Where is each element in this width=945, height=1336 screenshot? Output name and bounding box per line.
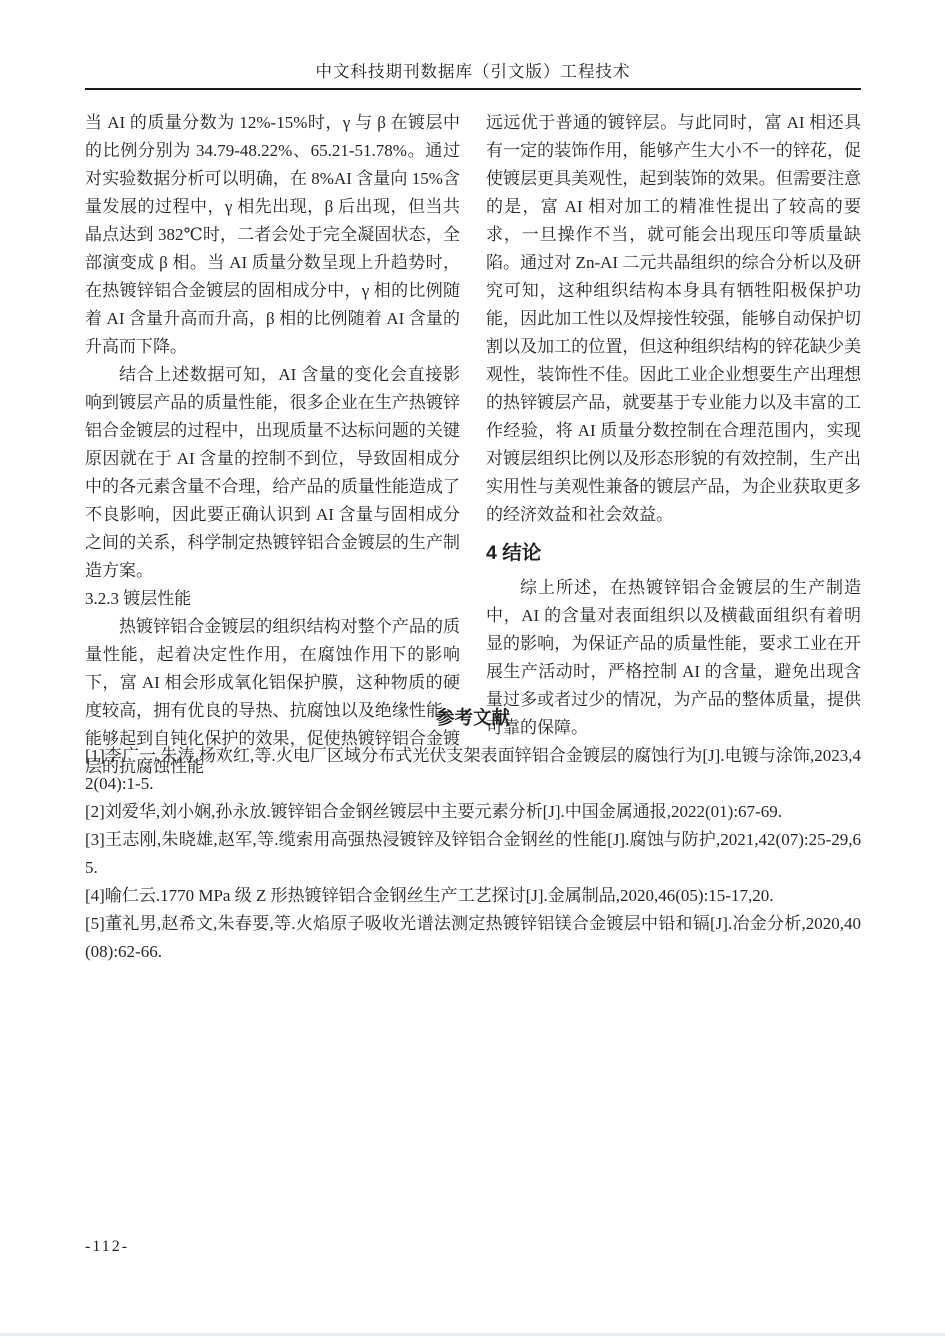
body-paragraph: 当 AI 的质量分数为 12%-15%时，γ 与 β 在镀层中的比例分别为 34… [85, 109, 460, 361]
references-section: 参考文献 [1]李广一,朱涛,杨欢红,等.火电厂区域分布式光伏支架表面锌铝合金镀… [85, 704, 861, 966]
reference-item: [3]王志刚,朱晓雄,赵军,等.缆索用高强热浸镀锌及锌铝合金钢丝的性能[J].腐… [85, 826, 861, 882]
body-paragraph: 远远优于普通的镀锌层。与此同时，富 AI 相还具有一定的装饰作用，能够产生大小不… [486, 109, 861, 529]
body-paragraph: 结合上述数据可知，AI 含量的变化会直接影响到镀层产品的质量性能，很多企业在生产… [85, 361, 460, 585]
page-number: -112- [85, 1238, 129, 1256]
body-columns: 当 AI 的质量分数为 12%-15%时，γ 与 β 在镀层中的比例分别为 34… [85, 109, 861, 781]
left-column: 当 AI 的质量分数为 12%-15%时，γ 与 β 在镀层中的比例分别为 34… [85, 109, 460, 781]
reference-item: [1]李广一,朱涛,杨欢红,等.火电厂区域分布式光伏支架表面锌铝合金镀层的腐蚀行… [85, 742, 861, 798]
section-heading-4-conclusion: 4 结论 [486, 539, 861, 567]
reference-item: [4]喻仁云.1770 MPa 级 Z 形热镀锌铝合金钢丝生产工艺探讨[J].金… [85, 882, 861, 910]
header-divider [85, 88, 861, 90]
journal-header-title: 中文科技期刊数据库（引文版）工程技术 [85, 58, 861, 82]
reference-item: [2]刘爱华,刘小娴,孙永放.镀锌铝合金钢丝镀层中主要元素分析[J].中国金属通… [85, 798, 861, 826]
section-heading-3-2-3: 3.2.3 镀层性能 [85, 585, 460, 613]
paper-page: 中文科技期刊数据库（引文版）工程技术 当 AI 的质量分数为 12%-15%时，… [0, 0, 945, 1336]
references-heading: 参考文献 [85, 704, 861, 730]
reference-item: [5]董礼男,赵希文,朱春要,等.火焰原子吸收光谱法测定热镀锌铝镁合金镀层中铅和… [85, 910, 861, 966]
right-column: 远远优于普通的镀锌层。与此同时，富 AI 相还具有一定的装饰作用，能够产生大小不… [486, 109, 861, 781]
